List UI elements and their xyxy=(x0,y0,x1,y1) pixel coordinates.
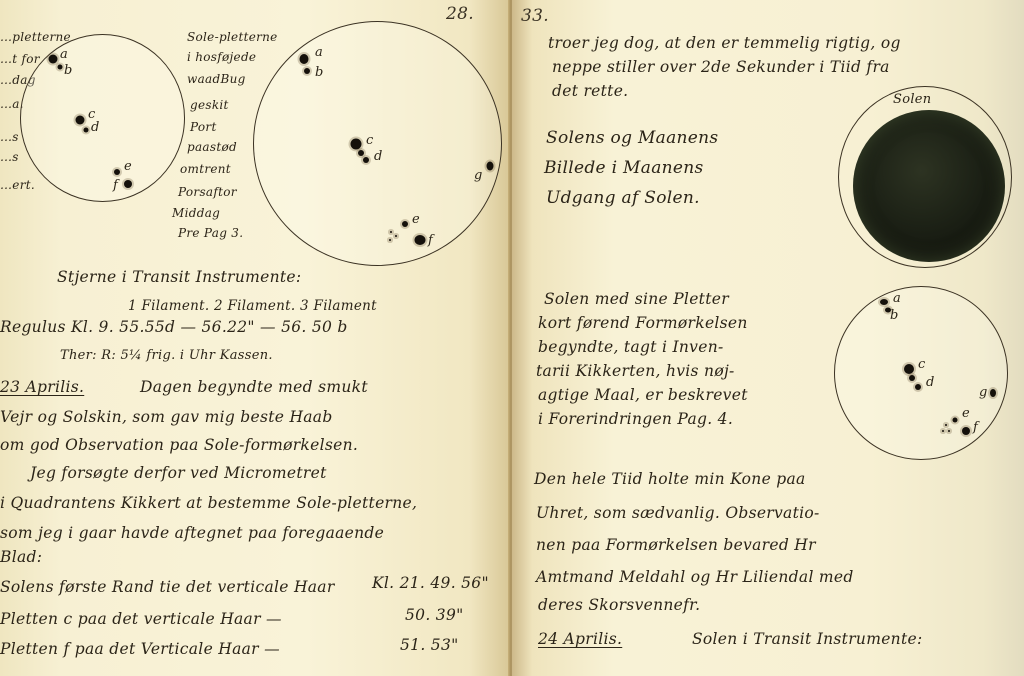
side-note-line: Porsaftor xyxy=(178,185,237,199)
sunspot-g xyxy=(487,162,494,171)
moon-caption-line: Billede i Maanens xyxy=(544,158,704,178)
measurement-label: Solens første Rand tie det verticale Haa… xyxy=(0,578,335,596)
side-note-line: i hosføjede xyxy=(187,50,256,64)
paragraph-line: som jeg i gaar havde aftegnet paa forega… xyxy=(0,524,384,542)
side-note-line: Sole-pletterne xyxy=(187,30,278,44)
intro-line: det rette. xyxy=(552,82,628,100)
measurement-label: Pletten c paa det verticale Haar — xyxy=(0,610,282,628)
spots-caption-line: Solen med sine Pletter xyxy=(544,290,729,308)
sunspot-f xyxy=(415,235,426,245)
side-note-line: Pre Pag 3. xyxy=(178,226,243,240)
moon-caption-line: Udgang af Solen. xyxy=(546,188,700,208)
paragraph-line: Den hele Tiid holte min Kone paa xyxy=(534,470,806,488)
sunspot-a xyxy=(880,299,888,305)
sunspot-dot xyxy=(942,430,944,432)
sun-label: Solen xyxy=(893,92,931,107)
sunspot-label: f xyxy=(113,178,118,193)
paragraph-line: i Quadrantens Kikkert at bestemme Sole-p… xyxy=(0,494,417,512)
sunspot-c xyxy=(76,116,85,125)
sunspot-label: a xyxy=(893,291,901,306)
spots-caption-line: agtige Maal, er beskrevet xyxy=(538,386,748,404)
paragraph-line: Amtmand Meldahl og Hr Liliendal med xyxy=(536,568,854,586)
margin-fragment: …t for xyxy=(0,52,40,66)
sunspot-label: g xyxy=(474,168,482,183)
sunspot-label: b xyxy=(890,308,898,323)
sunspot-d xyxy=(363,157,369,163)
sunspot-label: a xyxy=(60,47,68,62)
sunspot-label: a xyxy=(315,45,323,60)
sunspot-label: c xyxy=(918,357,925,372)
paragraph-line: Jeg forsøgte derfor ved Micrometret xyxy=(30,464,327,482)
side-note-line: Middag xyxy=(172,206,220,220)
page-number: 28. xyxy=(446,4,474,24)
margin-fragment: …s xyxy=(0,130,19,144)
spots-caption-line: i Forerindringen Pag. 4. xyxy=(538,410,733,428)
sunspot-label: d xyxy=(926,375,934,390)
page-number: 33. xyxy=(521,6,549,26)
sunspot-dot xyxy=(389,239,391,241)
paragraph-line: deres Skorsvennefr. xyxy=(538,596,700,614)
sunspot-label: d xyxy=(91,120,99,135)
sunspot-label: e xyxy=(962,406,970,421)
sunspot-dot xyxy=(390,231,392,233)
sunspot-g xyxy=(990,389,996,397)
paragraph-line: Blad: xyxy=(0,548,42,566)
paragraph-line: Vejr og Solskin, som gav mig beste Haab xyxy=(0,408,333,426)
sunspot-a xyxy=(300,54,309,64)
sunspot-c2 xyxy=(358,150,364,156)
measurement-value: 50. 39" xyxy=(405,606,464,624)
margin-fragment: …pletterne xyxy=(0,30,71,44)
sunspot-label: d xyxy=(374,149,382,164)
spots-caption-line: tarii Kikkerten, hvis nøj- xyxy=(536,362,735,380)
sunspot-label: b xyxy=(315,65,323,80)
sun-disc-figure-3 xyxy=(834,286,1008,460)
sunspot-c xyxy=(351,139,362,150)
filament-header: 1 Filament. 2 Filament. 3 Filament xyxy=(128,298,377,314)
paragraph-line: Uhret, som sædvanlig. Observatio- xyxy=(536,504,820,522)
measurement-value: Kl. 21. 49. 56" xyxy=(372,574,489,592)
manuscript-spread: 28. …pletterne …t for …dag …a. …s …s …er… xyxy=(0,0,1024,676)
side-note-line: omtrent xyxy=(180,162,231,176)
entry-date: 23 Aprilis. xyxy=(0,378,84,396)
intro-line: troer jeg dog, at den er temmelig rigtig… xyxy=(548,34,901,52)
sun-disc-figure-2 xyxy=(253,21,502,266)
sunspot-a xyxy=(49,55,58,64)
sunspot-label: f xyxy=(973,420,978,435)
spots-caption-line: begyndte, tagt i Inven- xyxy=(538,338,724,356)
margin-fragment: …ert. xyxy=(0,178,35,192)
transit-heading: Stjerne i Transit Instrumente: xyxy=(57,268,301,286)
paragraph-line: nen paa Formørkelsen bevared Hr xyxy=(536,536,816,554)
sunspot-label: c xyxy=(366,133,373,148)
sunspot-e xyxy=(114,169,120,175)
sunspot-d xyxy=(84,128,89,133)
intro-line: neppe stiller over 2de Sekunder i Tiid f… xyxy=(552,58,890,76)
left-page: 28. …pletterne …t for …dag …a. …s …s …er… xyxy=(0,0,510,676)
sunspot-dot xyxy=(395,235,397,237)
side-note-line: Port xyxy=(190,120,217,134)
sunspot-label: g xyxy=(979,385,987,400)
regulus-row: Regulus Kl. 9. 55.55d — 56.22" — 56. 50 … xyxy=(0,318,348,336)
sunspot-c xyxy=(904,364,914,374)
sunspot-dot xyxy=(945,424,947,426)
moon-disc xyxy=(853,110,1005,262)
sunspot-label: f xyxy=(428,233,433,248)
sunspot-b xyxy=(58,65,63,70)
entry-date: 24 Aprilis. xyxy=(538,630,622,648)
sunspot-label: e xyxy=(412,212,420,227)
sunspot-b xyxy=(304,68,310,74)
sunspot-d xyxy=(915,384,921,390)
measurement-label: Pletten f paa det Verticale Haar — xyxy=(0,640,280,658)
side-note-line: geskit xyxy=(190,98,229,112)
side-note-line: waadBug xyxy=(187,72,246,86)
spots-caption-line: kort førend Formørkelsen xyxy=(538,314,748,332)
margin-fragment: …s xyxy=(0,150,19,164)
sun-disc-figure-1 xyxy=(20,34,185,202)
side-note-line: paastød xyxy=(187,140,237,154)
sunspot-label: e xyxy=(124,159,132,174)
thermometer-note: Ther: R: 5¼ frig. i Uhr Kassen. xyxy=(60,348,273,363)
sunspot-f xyxy=(124,180,132,188)
sunspot-dot xyxy=(948,430,950,432)
sunspot-label: b xyxy=(64,63,72,78)
sunspot-e xyxy=(402,221,408,227)
moon-caption-line: Solens og Maanens xyxy=(546,128,718,148)
sunspot-e xyxy=(953,418,958,423)
paragraph-line: om god Observation paa Sole-formørkelsen… xyxy=(0,436,358,454)
entry-text: Solen i Transit Instrumente: xyxy=(692,630,922,648)
sunspot-f xyxy=(962,427,970,435)
measurement-value: 51. 53" xyxy=(400,636,459,654)
paragraph-line: Dagen begyndte med smukt xyxy=(140,378,368,396)
sunspot-c2 xyxy=(909,375,915,381)
